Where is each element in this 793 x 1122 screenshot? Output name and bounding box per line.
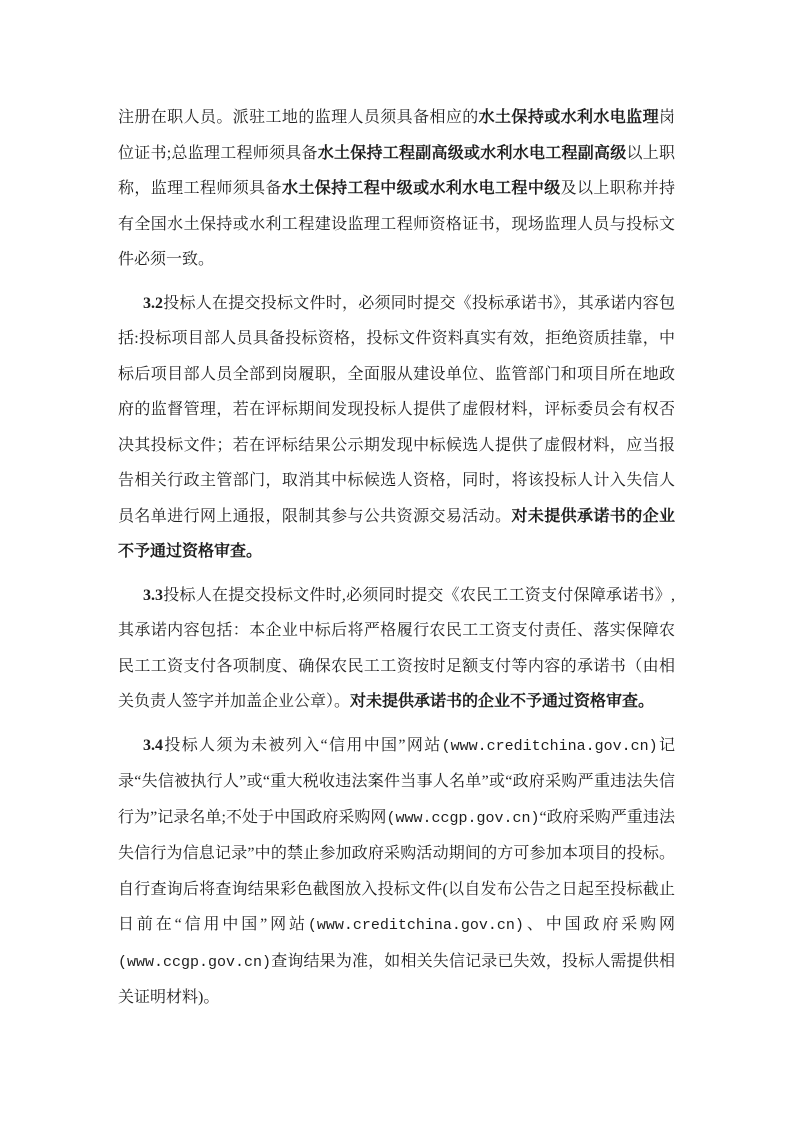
bold-text-run: 3.2 [143,295,163,312]
para-3-2-bid-commitment: 3.2投标人在提交投标文件时，必须同时提交《投标承诺书》，其承诺内容包括:投标项… [118,286,675,570]
bold-text-run: 水土保持工程副高级或水利水电工程副高级 [318,145,627,162]
bold-text-run: 水土保持或水利水电监理 [479,109,659,126]
bold-text-run: 对未提供承诺书的企业不予通过资格审查。 [350,693,654,710]
text-run: 投标人在提交投标文件时,必须同时提交《农民工工资支付保障承诺书》,其承诺内容包括… [118,587,675,711]
para-3-3-wage-guarantee-commitment: 3.3投标人在提交投标文件时,必须同时提交《农民工工资支付保障承诺书》,其承诺内… [118,578,675,720]
text-run: 投标人须为未被列入“信用中国”网站 [163,737,442,754]
bold-text-run: 3.4 [143,737,163,754]
text-run: “政府采购严重违法失信行为信息记录”中的禁止参加政府采购活动期间的方可参加本项目… [118,809,675,934]
document-page: 注册在职人员。派驻工地的监理人员须具备相应的水土保持或水利水电监理岗位证书;总监… [0,0,793,1122]
document-text-body: 注册在职人员。派驻工地的监理人员须具备相应的水土保持或水利水电监理岗位证书;总监… [118,100,675,1016]
text-run: 投标人在提交投标文件时，必须同时提交《投标承诺书》，其承诺内容包括:投标项目部人… [118,295,675,525]
url-text: (www.creditchina.gov.cn) [308,917,524,934]
bold-text-run: 水土保持工程中级或水利水电工程中级 [282,180,561,197]
bold-text-run: 3.3 [143,587,163,604]
url-text: (www.creditchina.gov.cn) [442,738,658,755]
url-text: (www.ccgp.gov.cn) [386,810,539,827]
url-text: (www.ccgp.gov.cn) [118,954,271,971]
para-3-4-credit-check: 3.4投标人须为未被列入“信用中国”网站(www.creditchina.gov… [118,728,675,1016]
para-supervisor-qualification: 注册在职人员。派驻工地的监理人员须具备相应的水土保持或水利水电监理岗位证书;总监… [118,100,675,278]
text-run: 、中国政府采购网 [524,916,675,933]
text-run: 注册在职人员。派驻工地的监理人员须具备相应的 [118,109,479,126]
